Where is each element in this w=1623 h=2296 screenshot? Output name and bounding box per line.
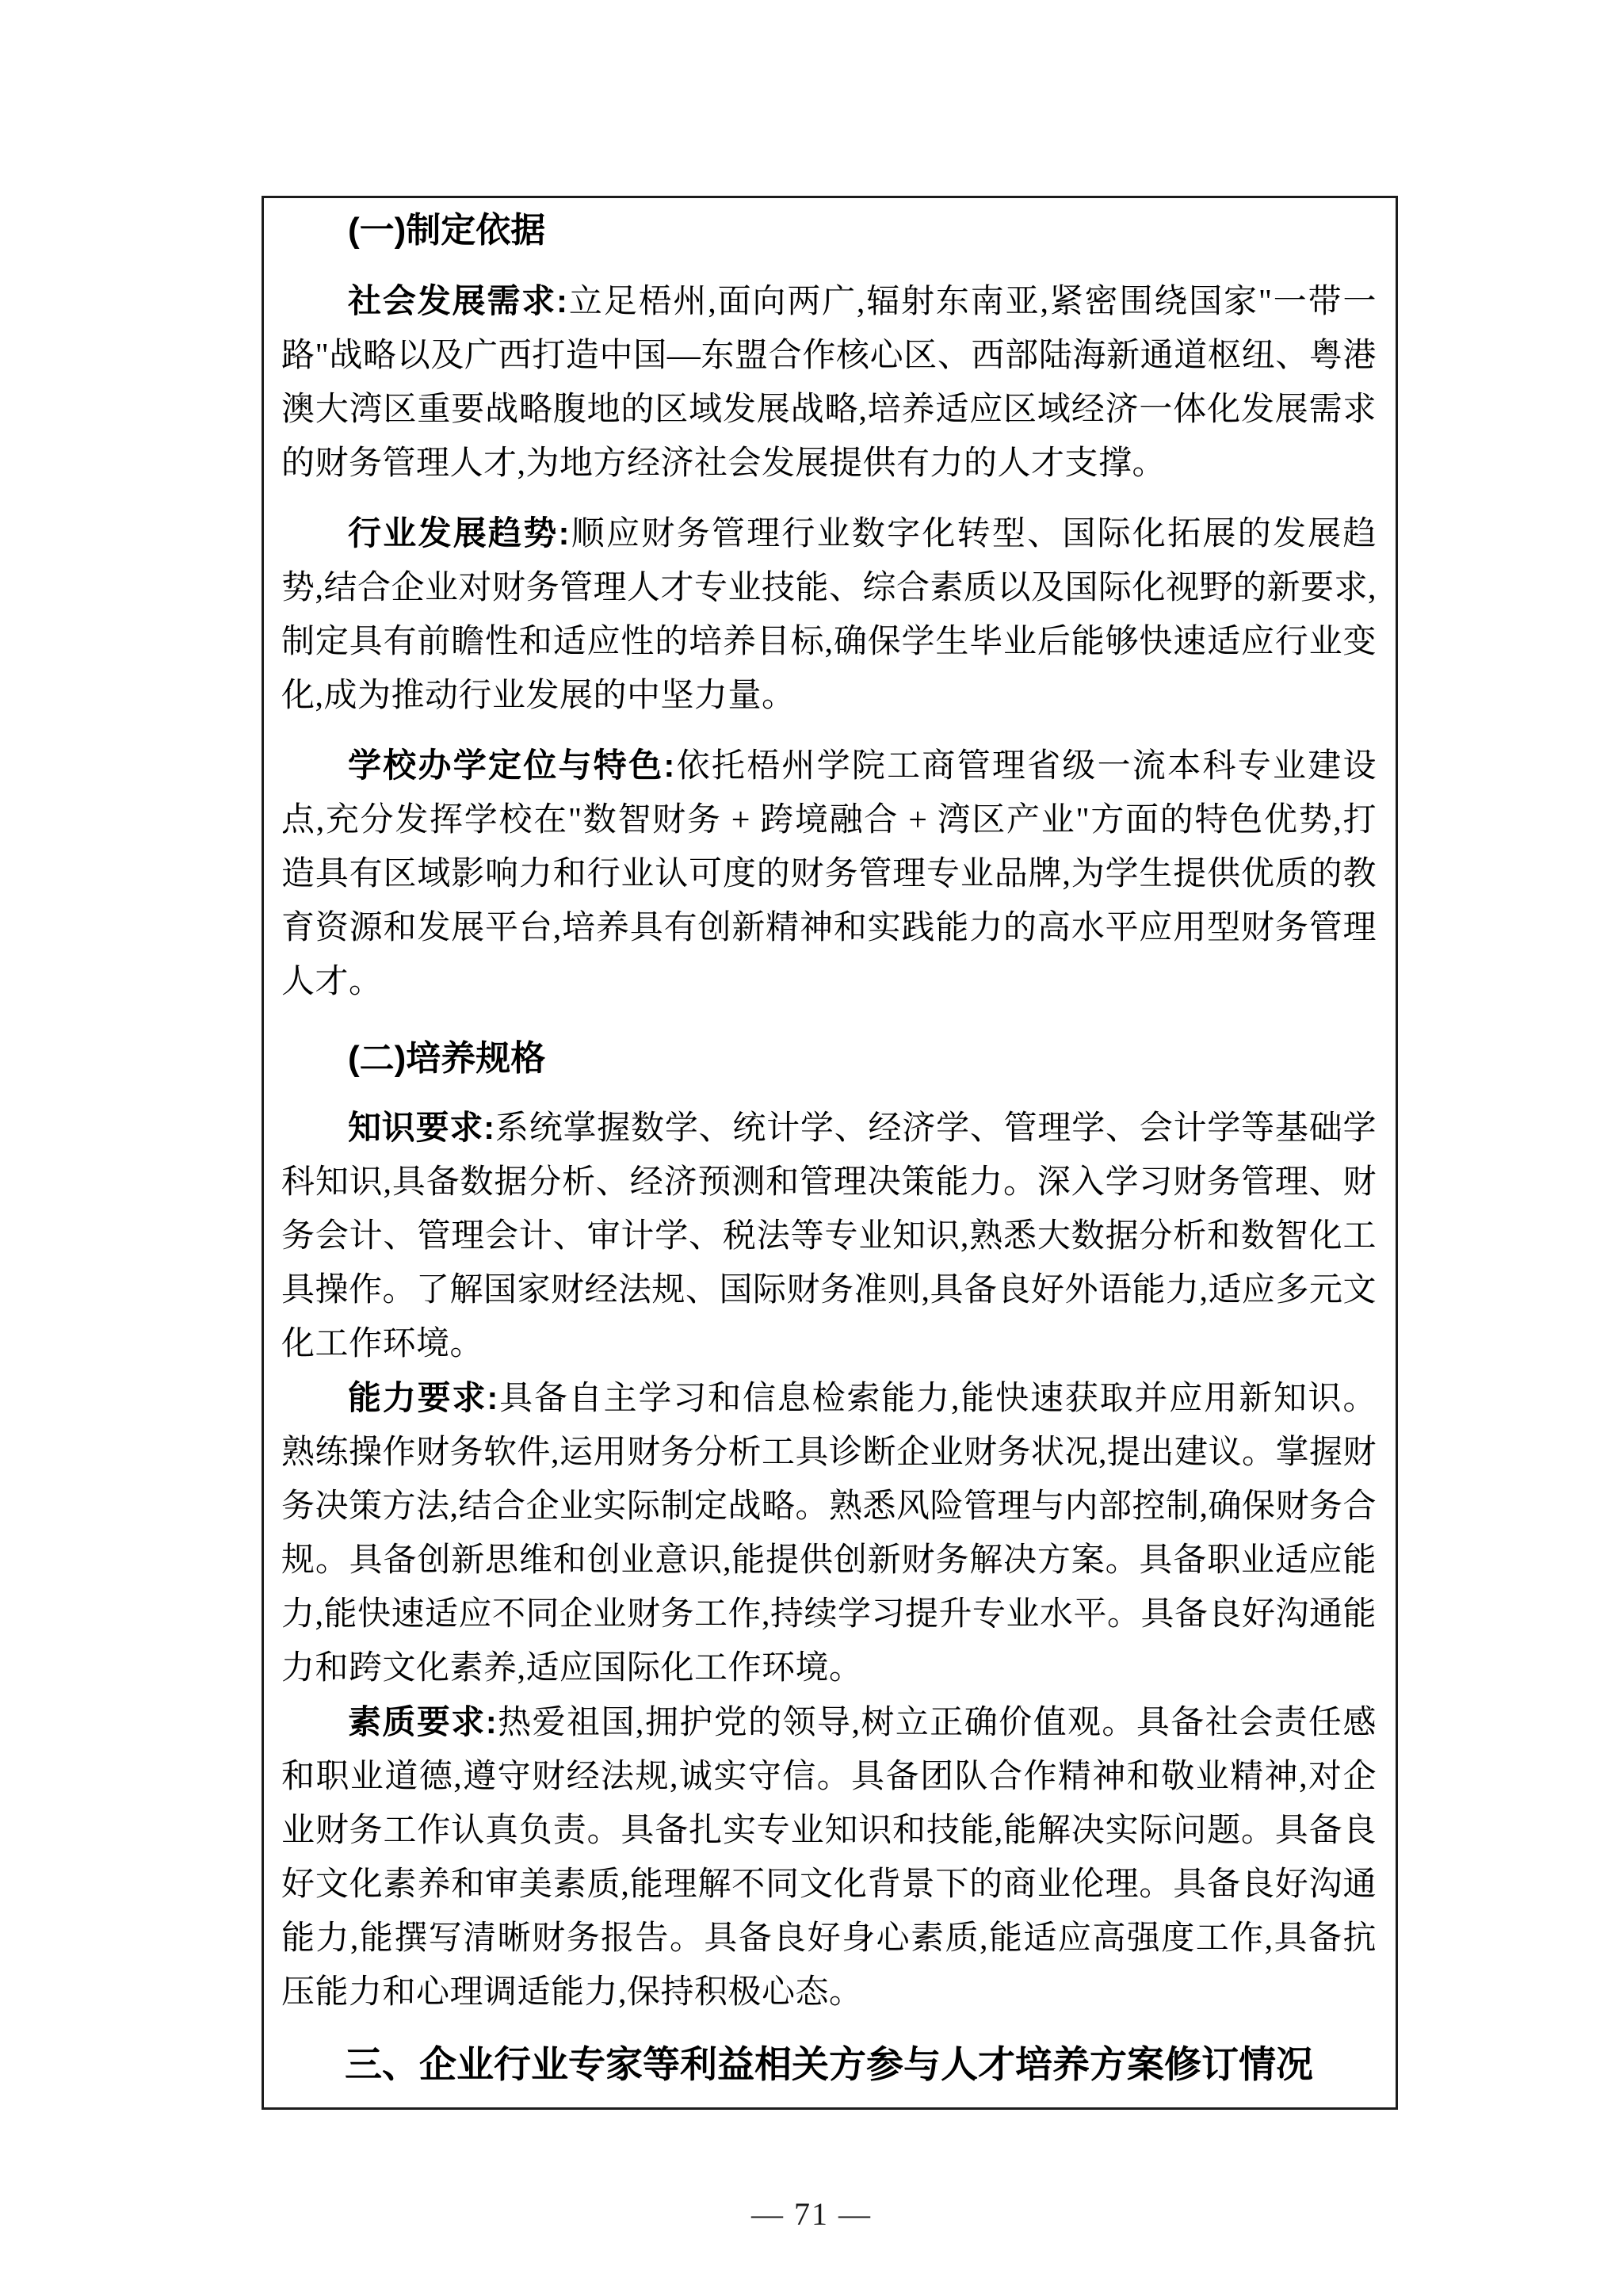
content-border-box: (一)制定依据 社会发展需求:立足梧州,面向两广,辐射东南亚,紧密围绕国家"一带… [262,196,1398,2110]
paragraph-industry-trend: 行业发展趋势:顺应财务管理行业数字化转型、国际化拓展的发展趋势,结合企业对财务管… [281,506,1377,723]
paragraph-text: 热爱祖国,拥护党的领导,树立正确价值观。具备社会责任感和职业道德,遵守财经法规,… [281,1705,1377,2011]
paragraph-revision-intro: 在本次人才培养方案修订过程中,学校高度重视企业行业专家等利益相关 [281,2103,1377,2110]
paragraph-quality-req: 素质要求:热爱祖国,拥护党的领导,树立正确价值观。具备社会责任感和职业道德,遵守… [281,1695,1377,2019]
page-number: — 71 — [0,2192,1623,2237]
document-page: (一)制定依据 社会发展需求:立足梧州,面向两广,辐射东南亚,紧密围绕国家"一带… [0,0,1623,2296]
paragraph-text: 依托梧州学院工商管理省级一流本科专业建设点,充分发挥学校在"数智财务 + 跨境融… [281,748,1377,1000]
section-heading-3: 三、企业行业专家等利益相关方参与人才培养方案修订情况 [281,2032,1377,2097]
section-heading-2: (二)培养规格 [281,1031,1377,1087]
paragraph-lead: 素质要求: [348,1703,497,1740]
paragraph-lead: 社会发展需求: [348,282,568,319]
paragraph-knowledge-req: 知识要求:系统掌握数学、统计学、经济学、管理学、会计学等基础学科知识,具备数据分… [281,1101,1377,1371]
paragraph-ability-req: 能力要求:具备自主学习和信息检索能力,能快速获取并应用新知识。熟练操作财务软件,… [281,1371,1377,1695]
paragraph-social-demand: 社会发展需求:立足梧州,面向两广,辐射东南亚,紧密围绕国家"一带一路"战略以及广… [281,274,1377,491]
paragraph-lead: 能力要求: [348,1379,498,1416]
paragraph-lead: 知识要求: [348,1109,495,1146]
paragraph-lead: 学校办学定位与特色: [348,747,675,784]
paragraph-school-position: 学校办学定位与特色:依托梧州学院工商管理省级一流本科专业建设点,充分发挥学校在"… [281,739,1377,1009]
paragraph-text: 具备自主学习和信息检索能力,能快速获取并应用新知识。熟练操作财务软件,运用财务分… [281,1381,1377,1687]
section-heading-1: (一)制定依据 [281,203,1377,258]
paragraph-lead: 行业发展趋势: [348,514,570,552]
paragraph-text: 系统掌握数学、统计学、经济学、管理学、会计学等基础学科知识,具备数据分析、经济预… [281,1110,1377,1362]
